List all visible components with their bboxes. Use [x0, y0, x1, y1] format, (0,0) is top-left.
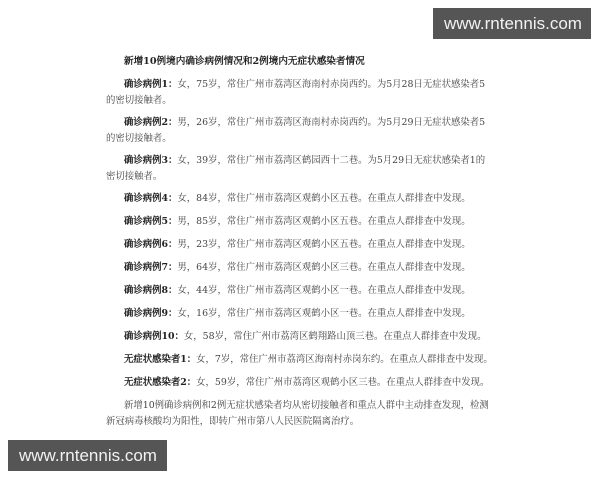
entry-label: 无症状感染者1： [124, 354, 196, 365]
entry-asymptomatic-2: 无症状感染者2：女，59岁，常住广州市荔湾区观鹤小区三巷。在重点人群排查中发现。 [106, 375, 494, 391]
article-title: 新增10例境内确诊病例情况和2例境内无症状感染者情况 [124, 53, 494, 67]
entry-case-2: 确诊病例2：男，26岁，常住广州市荔湾区海南村赤岗西约。为5月29日无症状感染者… [106, 115, 494, 147]
entry-text: 男，85岁，常住广州市荔湾区观鹤小区五巷。在重点人群排查中发现。 [177, 216, 470, 227]
entry-label: 确诊病例2： [124, 117, 177, 128]
entry-label: 确诊病例10： [124, 331, 184, 342]
entry-label: 确诊病例4： [124, 193, 177, 204]
entry-case-8: 确诊病例8：女，44岁，常住广州市荔湾区观鹤小区一巷。在重点人群排查中发现。 [106, 283, 494, 299]
watermark-bottom: www.rntennis.com [8, 440, 167, 471]
entry-text: 男，64岁，常住广州市荔湾区观鹤小区三巷。在重点人群排查中发现。 [177, 262, 470, 273]
entry-label: 无症状感染者2： [124, 377, 196, 388]
entry-label: 确诊病例3： [124, 155, 177, 166]
article-body: 新增10例境内确诊病例情况和2例境内无症状感染者情况 确诊病例1：女，75岁，常… [106, 53, 494, 436]
entry-text: 女，84岁，常住广州市荔湾区观鹤小区五巷。在重点人群排查中发现。 [177, 193, 470, 204]
entry-text: 女，58岁，常住广州市荔湾区鹤翔路山顶三巷。在重点人群排查中发现。 [184, 331, 487, 342]
entry-label: 确诊病例5： [124, 216, 177, 227]
entry-text: 女，7岁，常住广州市荔湾区海南村赤岗东约。在重点人群排查中发现。 [196, 354, 493, 365]
entry-label: 确诊病例8： [124, 285, 177, 296]
entry-label: 确诊病例1： [124, 79, 177, 90]
entry-label: 确诊病例7： [124, 262, 177, 273]
entry-case-4: 确诊病例4：女，84岁，常住广州市荔湾区观鹤小区五巷。在重点人群排查中发现。 [106, 191, 494, 207]
entry-case-9: 确诊病例9：女，16岁，常住广州市荔湾区观鹤小区一巷。在重点人群排查中发现。 [106, 306, 494, 322]
entry-text: 女，59岁，常住广州市荔湾区观鹤小区三巷。在重点人群排查中发现。 [196, 377, 489, 388]
entry-text: 女，16岁，常住广州市荔湾区观鹤小区一巷。在重点人群排查中发现。 [177, 308, 470, 319]
entry-case-6: 确诊病例6：男，23岁，常住广州市荔湾区观鹤小区五巷。在重点人群排查中发现。 [106, 237, 494, 253]
entry-text: 女，44岁，常住广州市荔湾区观鹤小区一巷。在重点人群排查中发现。 [177, 285, 470, 296]
entry-case-3: 确诊病例3：女，39岁，常住广州市荔湾区鹤园西十二巷。为5月29日无症状感染者1… [106, 153, 494, 185]
entry-text: 男，23岁，常住广州市荔湾区观鹤小区五巷。在重点人群排查中发现。 [177, 239, 470, 250]
entry-label: 确诊病例9： [124, 308, 177, 319]
entry-case-1: 确诊病例1：女，75岁，常住广州市荔湾区海南村赤岗西约。为5月28日无症状感染者… [106, 77, 494, 109]
watermark-top: www.rntennis.com [433, 8, 591, 39]
entry-case-10: 确诊病例10：女，58岁，常住广州市荔湾区鹤翔路山顶三巷。在重点人群排查中发现。 [106, 329, 494, 345]
entry-case-5: 确诊病例5：男，85岁，常住广州市荔湾区观鹤小区五巷。在重点人群排查中发现。 [106, 214, 494, 230]
entry-asymptomatic-1: 无症状感染者1：女，7岁，常住广州市荔湾区海南村赤岗东约。在重点人群排查中发现。 [106, 352, 494, 368]
summary-paragraph: 新增10例确诊病例和2例无症状感染者均从密切接触者和重点人群中主动排查发现，检测… [106, 398, 494, 430]
entry-case-7: 确诊病例7：男，64岁，常住广州市荔湾区观鹤小区三巷。在重点人群排查中发现。 [106, 260, 494, 276]
entry-label: 确诊病例6： [124, 239, 177, 250]
